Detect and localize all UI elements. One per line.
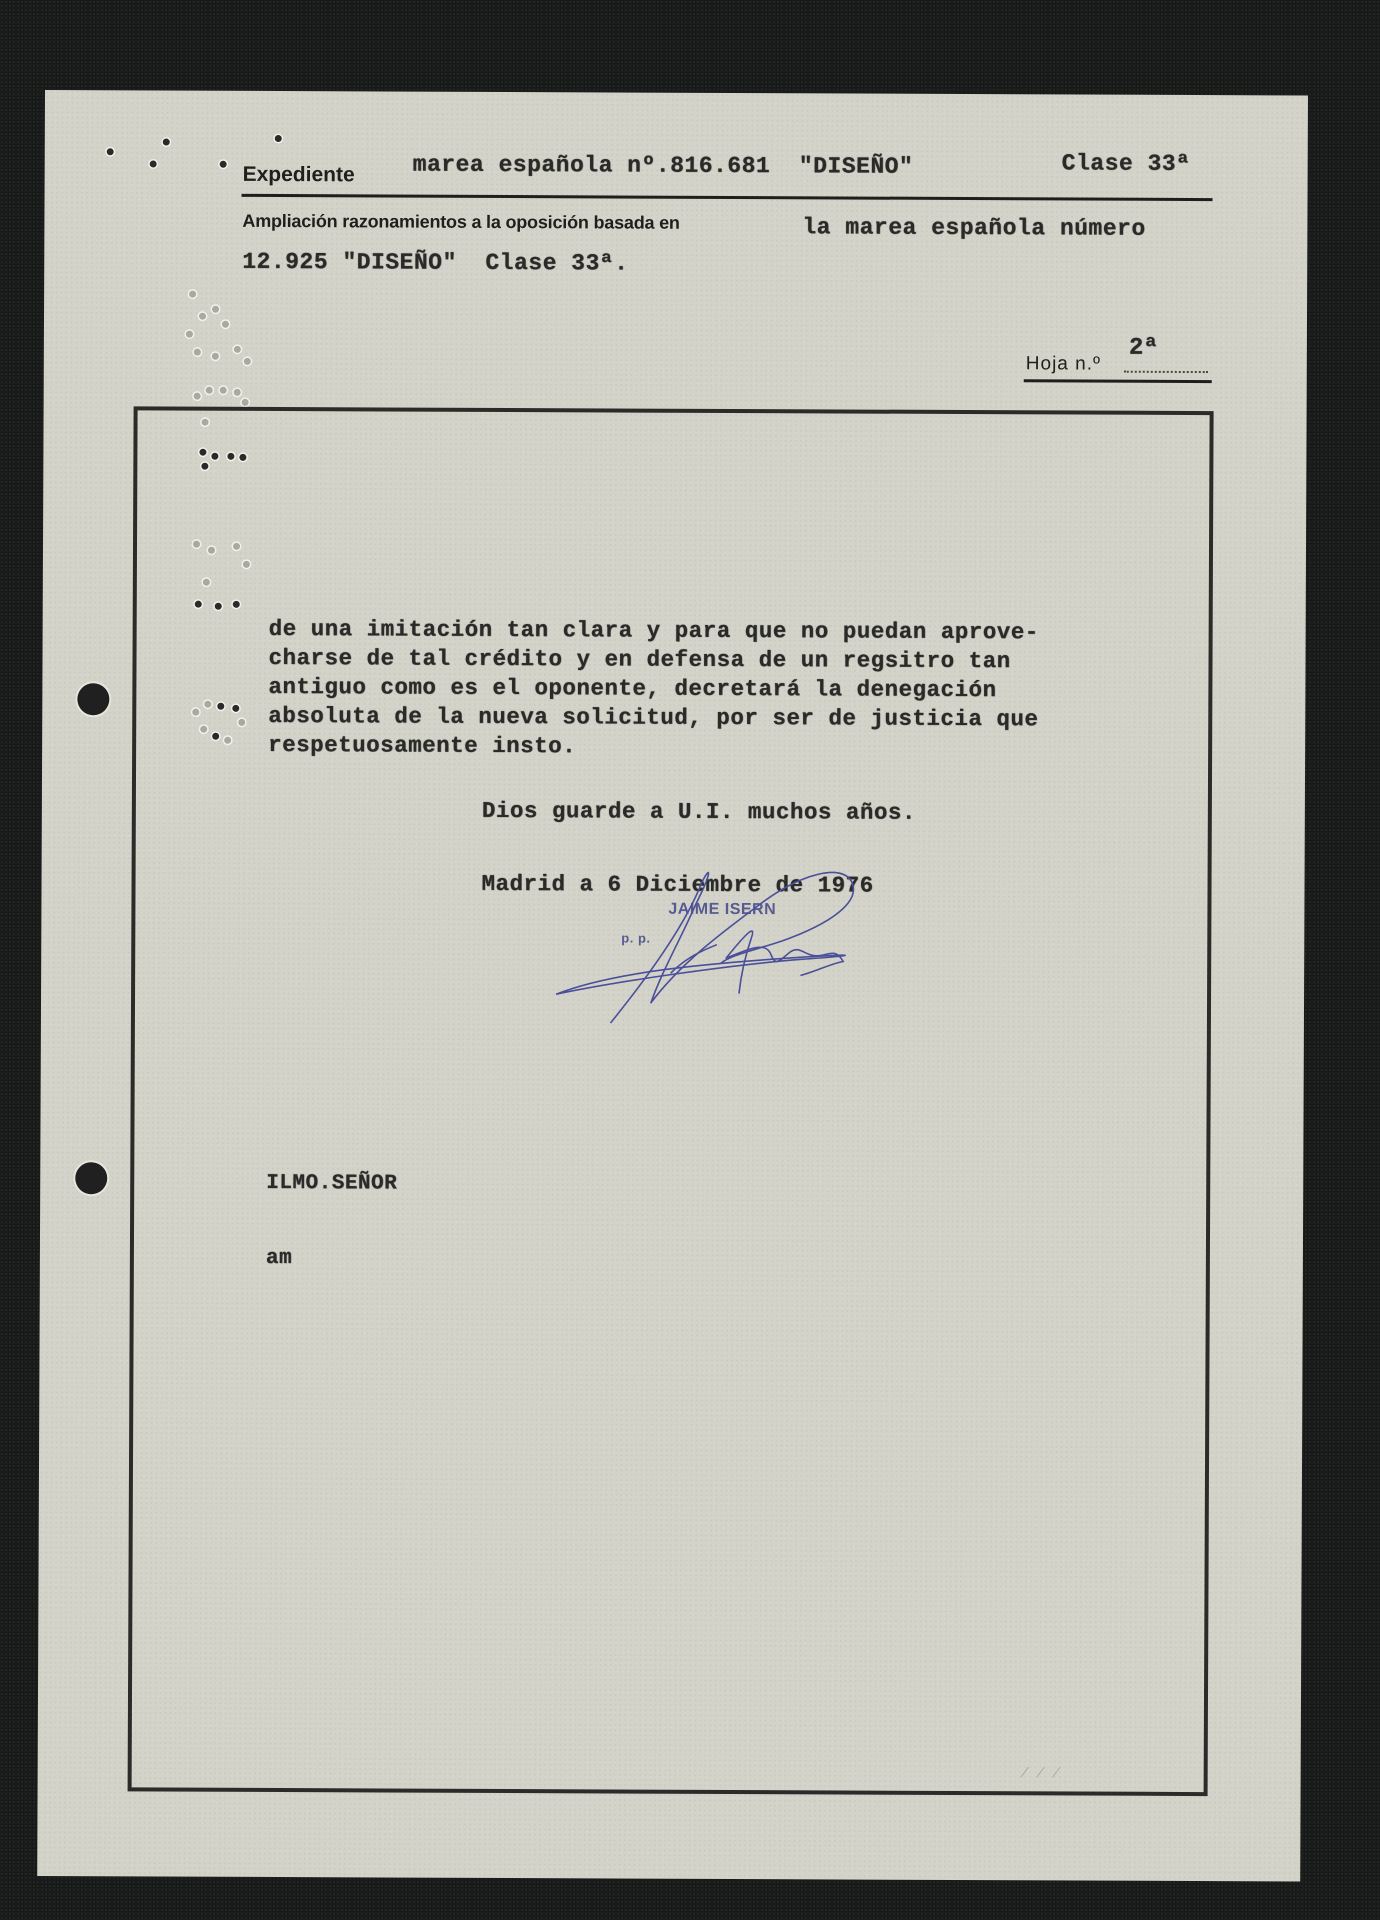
subtitle-label: Ampliación razonamientos a la oposición … [242, 211, 679, 234]
hoja-label: Hoja n.º [1026, 353, 1101, 375]
document-page: Expediente marea española nº.816.681 "DI… [37, 90, 1308, 1881]
body-line: charse de tal crédito y en defensa de un… [268, 644, 1038, 676]
body-line: antiguo como es el oponente, decretará l… [268, 673, 1038, 705]
body-line: respetuosamente insto. [268, 731, 1038, 763]
smudge-marks: / / / [1019, 1764, 1066, 1780]
perforation-marks [45, 90, 1308, 96]
hoja-value: 2ª [1129, 335, 1159, 362]
subtitle-value-line2: 12.925 "DISEÑO" Clase 33ª. [242, 249, 628, 277]
expediente-value: marea española nº.816.681 "DISEÑO" [413, 152, 914, 180]
header-rule [242, 194, 1213, 201]
expediente-label: Expediente [243, 163, 355, 187]
body-line: absoluta de la nueva solicitud, por ser … [268, 702, 1038, 734]
punch-hole-bottom [75, 1162, 107, 1194]
body-paragraph: de una imitación tan clara y para que no… [268, 615, 1039, 763]
addressee: ILMO.SEÑOR [266, 1169, 397, 1199]
typist-initials: am [266, 1244, 292, 1273]
handwritten-signature [551, 862, 912, 1034]
hoja-dotted-line [1124, 371, 1208, 373]
closing-salutation: Dios guarde a U.I. muchos años. [482, 797, 916, 828]
subtitle-value-line1: la marea española número [802, 214, 1145, 241]
punch-hole-top [77, 683, 109, 715]
body-line: de una imitación tan clara y para que no… [269, 615, 1039, 647]
clase-value: Clase 33ª [1062, 150, 1191, 177]
hoja-rule [1024, 379, 1212, 383]
